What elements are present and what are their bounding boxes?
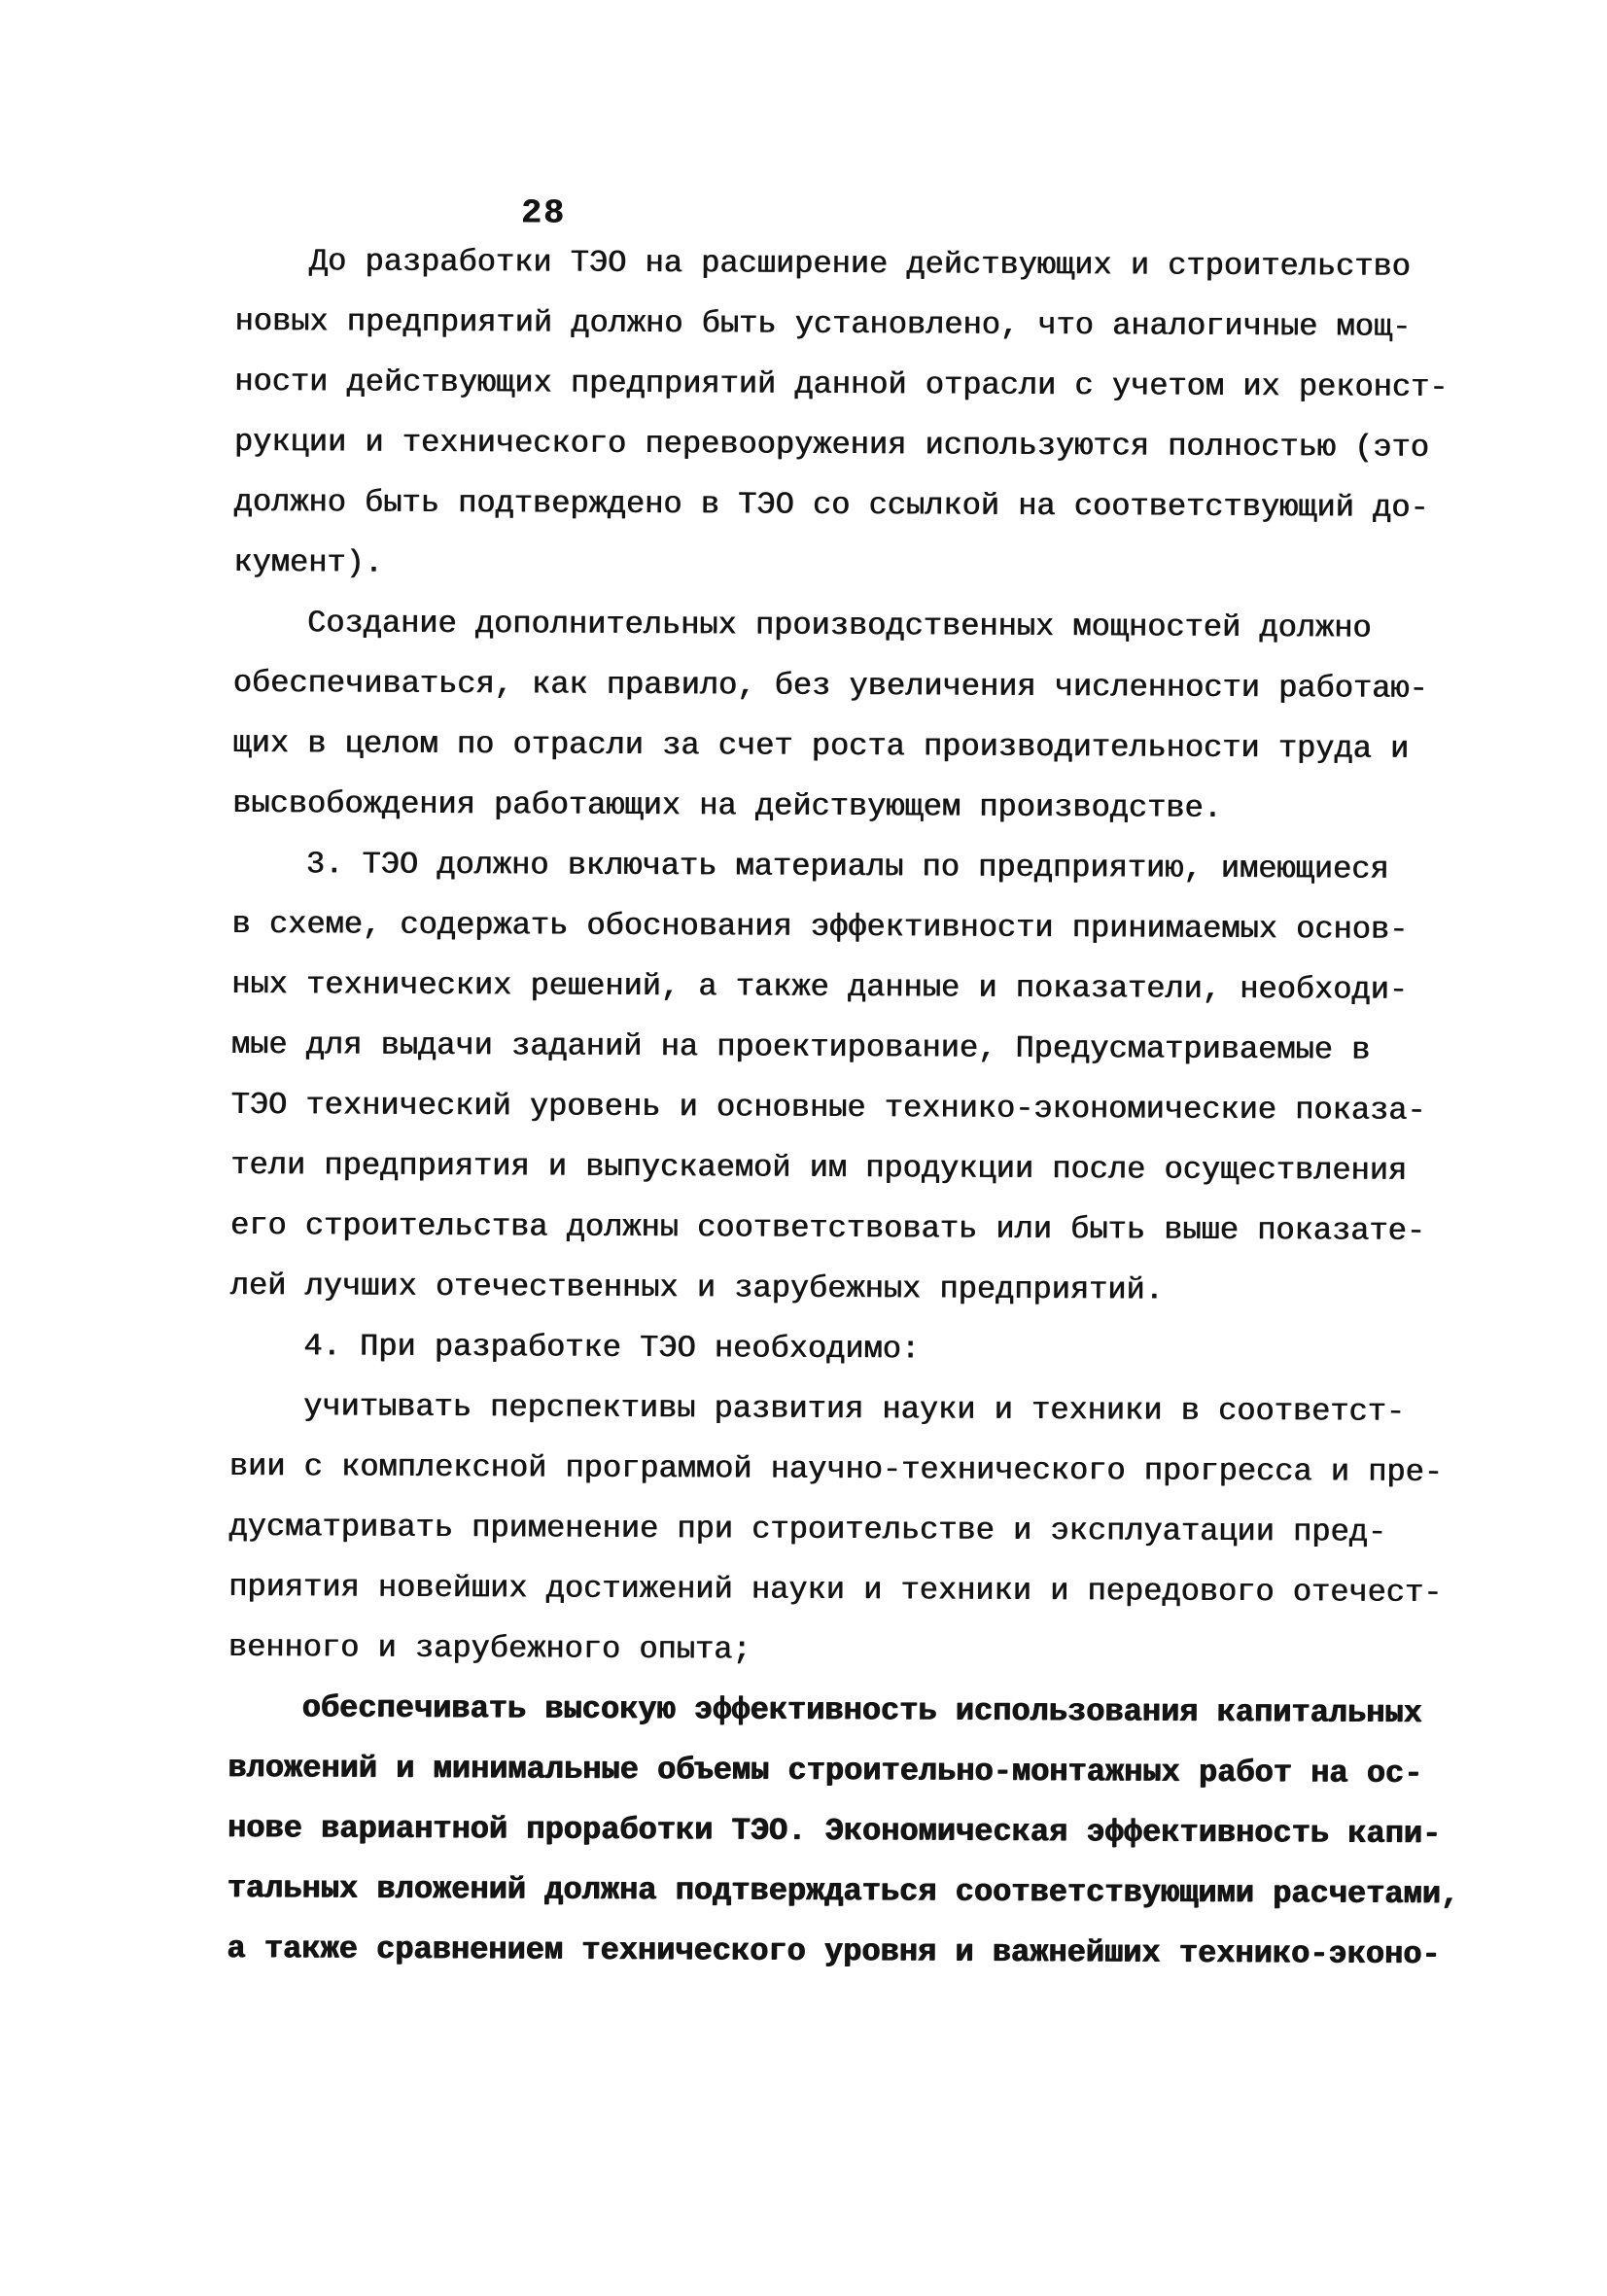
text-line: мые для выдачи заданий на проектирование… (231, 1015, 1495, 1081)
text-line: обеспечивать высокую эффективность испол… (227, 1678, 1491, 1744)
text-line: должно быть подтверждено в ТЭО со ссылко… (233, 472, 1497, 539)
text-line: щих в целом по отрасли за счет роста про… (232, 713, 1496, 780)
document-page: 28 До разработки ТЭО на расширение дейст… (0, 0, 1607, 2296)
text-line: До разработки ТЭО на расширение действую… (235, 231, 1499, 297)
text-line: венного и зарубежного опыта; (228, 1618, 1492, 1684)
text-line: а также сравнением технического уровня и… (227, 1919, 1490, 1985)
text-line: кумент). (233, 533, 1497, 599)
text-line: высвобождения работающих на действующем … (232, 774, 1496, 840)
text-line: 3. ТЭО должно включать материалы по пред… (231, 834, 1495, 900)
text-line: дусматривать применение при строительств… (228, 1497, 1492, 1563)
text-line: обеспечиваться, как правило, без увеличе… (232, 653, 1496, 719)
text-line: Создание дополнительных производственных… (233, 593, 1497, 659)
text-line: тальных вложений должна подтверждаться с… (227, 1859, 1490, 1925)
document-body: До разработки ТЭО на расширение действую… (227, 231, 1499, 1985)
text-line: рукции и технического перевооружения исп… (234, 412, 1498, 478)
text-line: ности действующих предприятий данной отр… (234, 352, 1498, 418)
text-line: его строительства должны соответствовать… (230, 1196, 1494, 1262)
text-line: лей лучших отечественных и зарубежных пр… (229, 1256, 1493, 1322)
text-line: ных технических решений, а также данные … (231, 955, 1495, 1021)
text-line: 4. При разработке ТЭО необходимо: (229, 1316, 1493, 1382)
text-line: ТЭО технический уровень и основные техни… (230, 1075, 1494, 1141)
text-line: вии с комплексной программой научно-техн… (228, 1437, 1492, 1503)
text-line: тели предприятия и выпускаемой им продук… (230, 1135, 1494, 1201)
text-line: учитывать перспективы развития науки и т… (229, 1376, 1493, 1443)
text-line: новых предприятий должно быть установлен… (234, 292, 1498, 358)
page-number: 28 (490, 193, 597, 233)
text-line: в схеме, содержать обоснования эффективн… (231, 894, 1495, 960)
scanned-content: 28 До разработки ТЭО на расширение дейст… (0, 0, 1607, 2296)
text-line: нове вариантной проработки ТЭО. Экономич… (227, 1798, 1491, 1864)
text-line: вложений и минимальные объемы строительн… (227, 1738, 1491, 1804)
text-line: приятия новейших достижений науки и техн… (228, 1557, 1492, 1623)
